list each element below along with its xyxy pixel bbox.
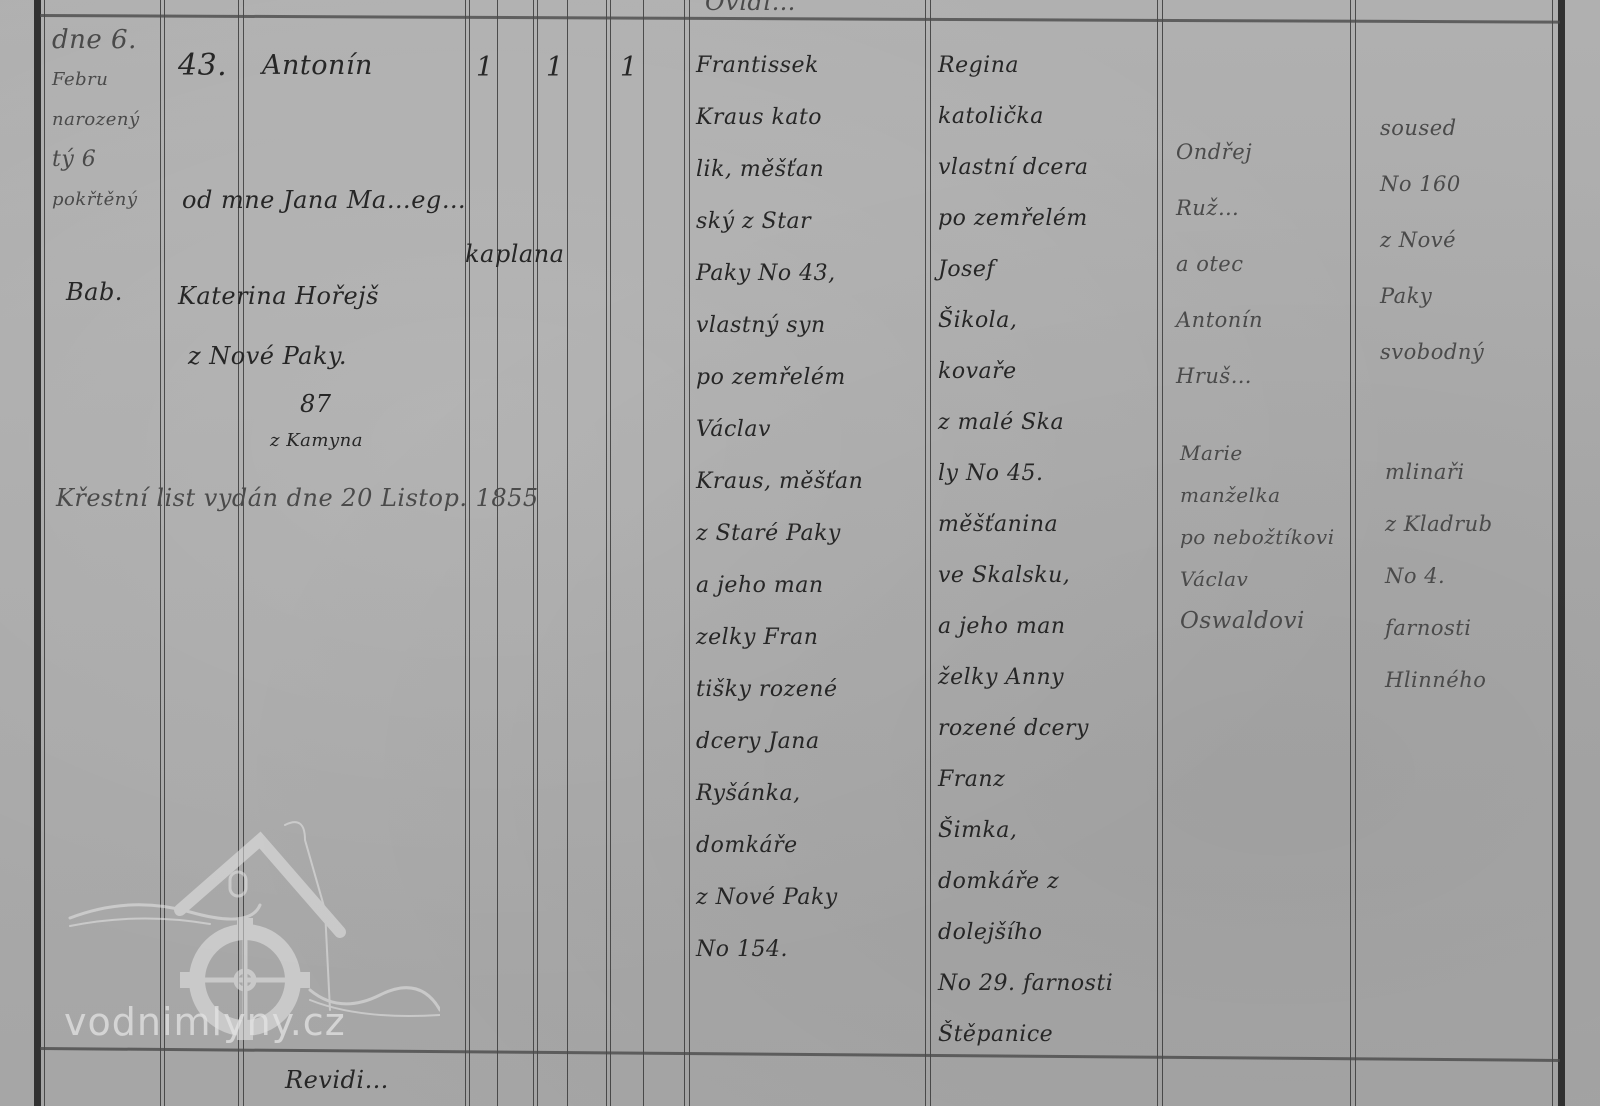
godparent-line: manželka xyxy=(1180,474,1335,516)
father-line: a jeho man xyxy=(696,560,863,612)
house-number-note: 87 xyxy=(300,390,332,418)
mother-line: Šimka, xyxy=(938,805,1113,856)
father-line: No 154. xyxy=(696,924,863,976)
godparent-residence-line: z Kladrub xyxy=(1385,498,1493,550)
certificate-note: Křestní list vydán dne 20 Listop. 1855 xyxy=(56,484,539,512)
baptized-by-title: kaplana xyxy=(465,240,564,268)
godparent-residence-line: z Nové xyxy=(1380,212,1484,268)
godparents-column-1b: Marie manželka po nebožtíkovi Václav Osw… xyxy=(1180,432,1335,642)
father-line: z Staré Paky xyxy=(696,508,863,560)
godparents-column-2a: soused No 160 z Nové Paky svobodný xyxy=(1380,100,1484,380)
godparent-line: Marie xyxy=(1180,432,1335,474)
father-line: z Nové Paky xyxy=(696,872,863,924)
godparent-line: Václav xyxy=(1180,558,1335,600)
mother-line: po zemřelém xyxy=(938,193,1113,244)
date-day: dne 6. xyxy=(52,20,140,60)
right-border-rule xyxy=(1558,0,1565,1106)
father-line: Frantissek xyxy=(696,40,863,92)
father-line: lik, měšťan xyxy=(696,144,863,196)
mother-line: No 29. farnosti xyxy=(938,958,1113,1009)
father-line: dcery Jana xyxy=(696,716,863,768)
column-rule xyxy=(643,0,644,1106)
father-line: ský z Star xyxy=(696,196,863,248)
mother-line: katolička xyxy=(938,91,1113,142)
mother-line: z malé Ska xyxy=(938,397,1113,448)
godparent-line: po nebožtíkovi xyxy=(1180,516,1335,558)
top-rule xyxy=(40,14,1560,24)
mother-line: želky Anny xyxy=(938,652,1113,703)
child-name: Antonín xyxy=(262,50,373,81)
register-page: Ovidi… dne 6. Febru narozený tý 6 pokřtě… xyxy=(0,0,1600,1106)
godparent-residence-line: soused xyxy=(1380,100,1484,156)
mother-line: rozené dcery xyxy=(938,703,1113,754)
column-rule xyxy=(469,0,470,1106)
date-month: Febru xyxy=(52,60,140,100)
godparent-residence-line: svobodný xyxy=(1380,324,1484,380)
baptized-by-note: od mne Jana Ma…eg… xyxy=(182,186,466,214)
tally-mark-religion: 1 xyxy=(476,52,494,83)
mother-line: ve Skalsku, xyxy=(938,550,1113,601)
column-rule xyxy=(684,0,685,1106)
column-rule xyxy=(465,0,466,1106)
father-line: po zemřelém xyxy=(696,352,863,404)
column-rule xyxy=(1552,0,1553,1106)
midwife-line: Katerina Hořejš xyxy=(178,266,379,326)
date-born-day: tý 6 xyxy=(52,140,140,180)
bottom-rule xyxy=(40,1047,1560,1062)
column-rule xyxy=(1355,0,1356,1106)
godparent-residence-line: No 4. xyxy=(1385,550,1493,602)
column-rule xyxy=(689,0,690,1106)
mother-column: Regina katolička vlastní dcera po zemřel… xyxy=(938,40,1113,1060)
header-fragment: Ovidi… xyxy=(705,0,796,16)
godparent-line: Ondřej xyxy=(1176,124,1263,180)
godparent-residence-line: Hlinného xyxy=(1385,654,1493,706)
godparent-line: Antonín xyxy=(1176,292,1263,348)
tally-mark-sex: 1 xyxy=(546,52,564,83)
date-baptized-label: pokřtěný xyxy=(52,180,140,220)
column-rule xyxy=(1350,0,1351,1106)
mother-line: domkáře z xyxy=(938,856,1113,907)
column-rule xyxy=(1157,0,1158,1106)
godparent-residence-line: Paky xyxy=(1380,268,1484,324)
midwife-name: Katerina Hořejš z Nové Paky. xyxy=(178,266,379,386)
father-line: tišky rozené xyxy=(696,664,863,716)
column-rule xyxy=(610,0,611,1106)
father-line: Paky No 43, xyxy=(696,248,863,300)
godparent-residence-line: mlinaři xyxy=(1385,446,1493,498)
mother-line: měšťanina xyxy=(938,499,1113,550)
column-rule xyxy=(606,0,607,1106)
godparent-residence-line: farnosti xyxy=(1385,602,1493,654)
mother-line: Šikola, xyxy=(938,295,1113,346)
father-line: Kraus kato xyxy=(696,92,863,144)
column-rule xyxy=(925,0,926,1106)
mother-line: kovaře xyxy=(938,346,1113,397)
godparent-line: Oswaldovi xyxy=(1180,600,1335,642)
column-rule xyxy=(44,0,45,1106)
godparent-line: Ruž… xyxy=(1176,180,1263,236)
date-born-label: narozený xyxy=(52,100,140,140)
column-rule xyxy=(567,0,568,1106)
mother-line: dolejšího xyxy=(938,907,1113,958)
godparent-residence-line: No 160 xyxy=(1380,156,1484,212)
mother-line: Franz xyxy=(938,754,1113,805)
father-line: domkáře xyxy=(696,820,863,872)
mother-line: vlastní dcera xyxy=(938,142,1113,193)
column-rule xyxy=(1162,0,1163,1106)
father-line: zelky Fran xyxy=(696,612,863,664)
column-rule xyxy=(537,0,538,1106)
column-rule xyxy=(533,0,534,1106)
godparent-line: Hruš… xyxy=(1176,348,1263,404)
mother-line: a jeho man xyxy=(938,601,1113,652)
house-number-sub: z Kamyna xyxy=(270,430,363,451)
godparent-line: a otec xyxy=(1176,236,1263,292)
mother-line: Josef xyxy=(938,244,1113,295)
mother-line: Regina xyxy=(938,40,1113,91)
midwife-label: Bab. xyxy=(66,278,123,306)
tally-mark-legitimacy: 1 xyxy=(620,52,638,83)
father-line: Václav xyxy=(696,404,863,456)
father-line: Ryšánka, xyxy=(696,768,863,820)
mother-line: Štěpanice xyxy=(938,1009,1113,1060)
father-line: vlastný syn xyxy=(696,300,863,352)
entry-number: 43. xyxy=(178,48,227,83)
date-column: dne 6. Febru narozený tý 6 pokřtěný xyxy=(52,20,140,220)
midwife-line: z Nové Paky. xyxy=(188,326,379,386)
watermark-text: vodnimlyny.cz xyxy=(64,1000,346,1044)
mother-line: ly No 45. xyxy=(938,448,1113,499)
godparents-column-2b: mlinaři z Kladrub No 4. farnosti Hlinnéh… xyxy=(1385,446,1493,706)
column-rule xyxy=(930,0,931,1106)
father-column: Frantissek Kraus kato lik, měšťan ský z … xyxy=(696,40,863,976)
footer-fragment: Revidi… xyxy=(285,1066,389,1094)
column-rule xyxy=(497,0,498,1106)
godparents-column-1a: Ondřej Ruž… a otec Antonín Hruš… xyxy=(1176,124,1263,404)
left-border-rule xyxy=(34,0,41,1106)
father-line: Kraus, měšťan xyxy=(696,456,863,508)
